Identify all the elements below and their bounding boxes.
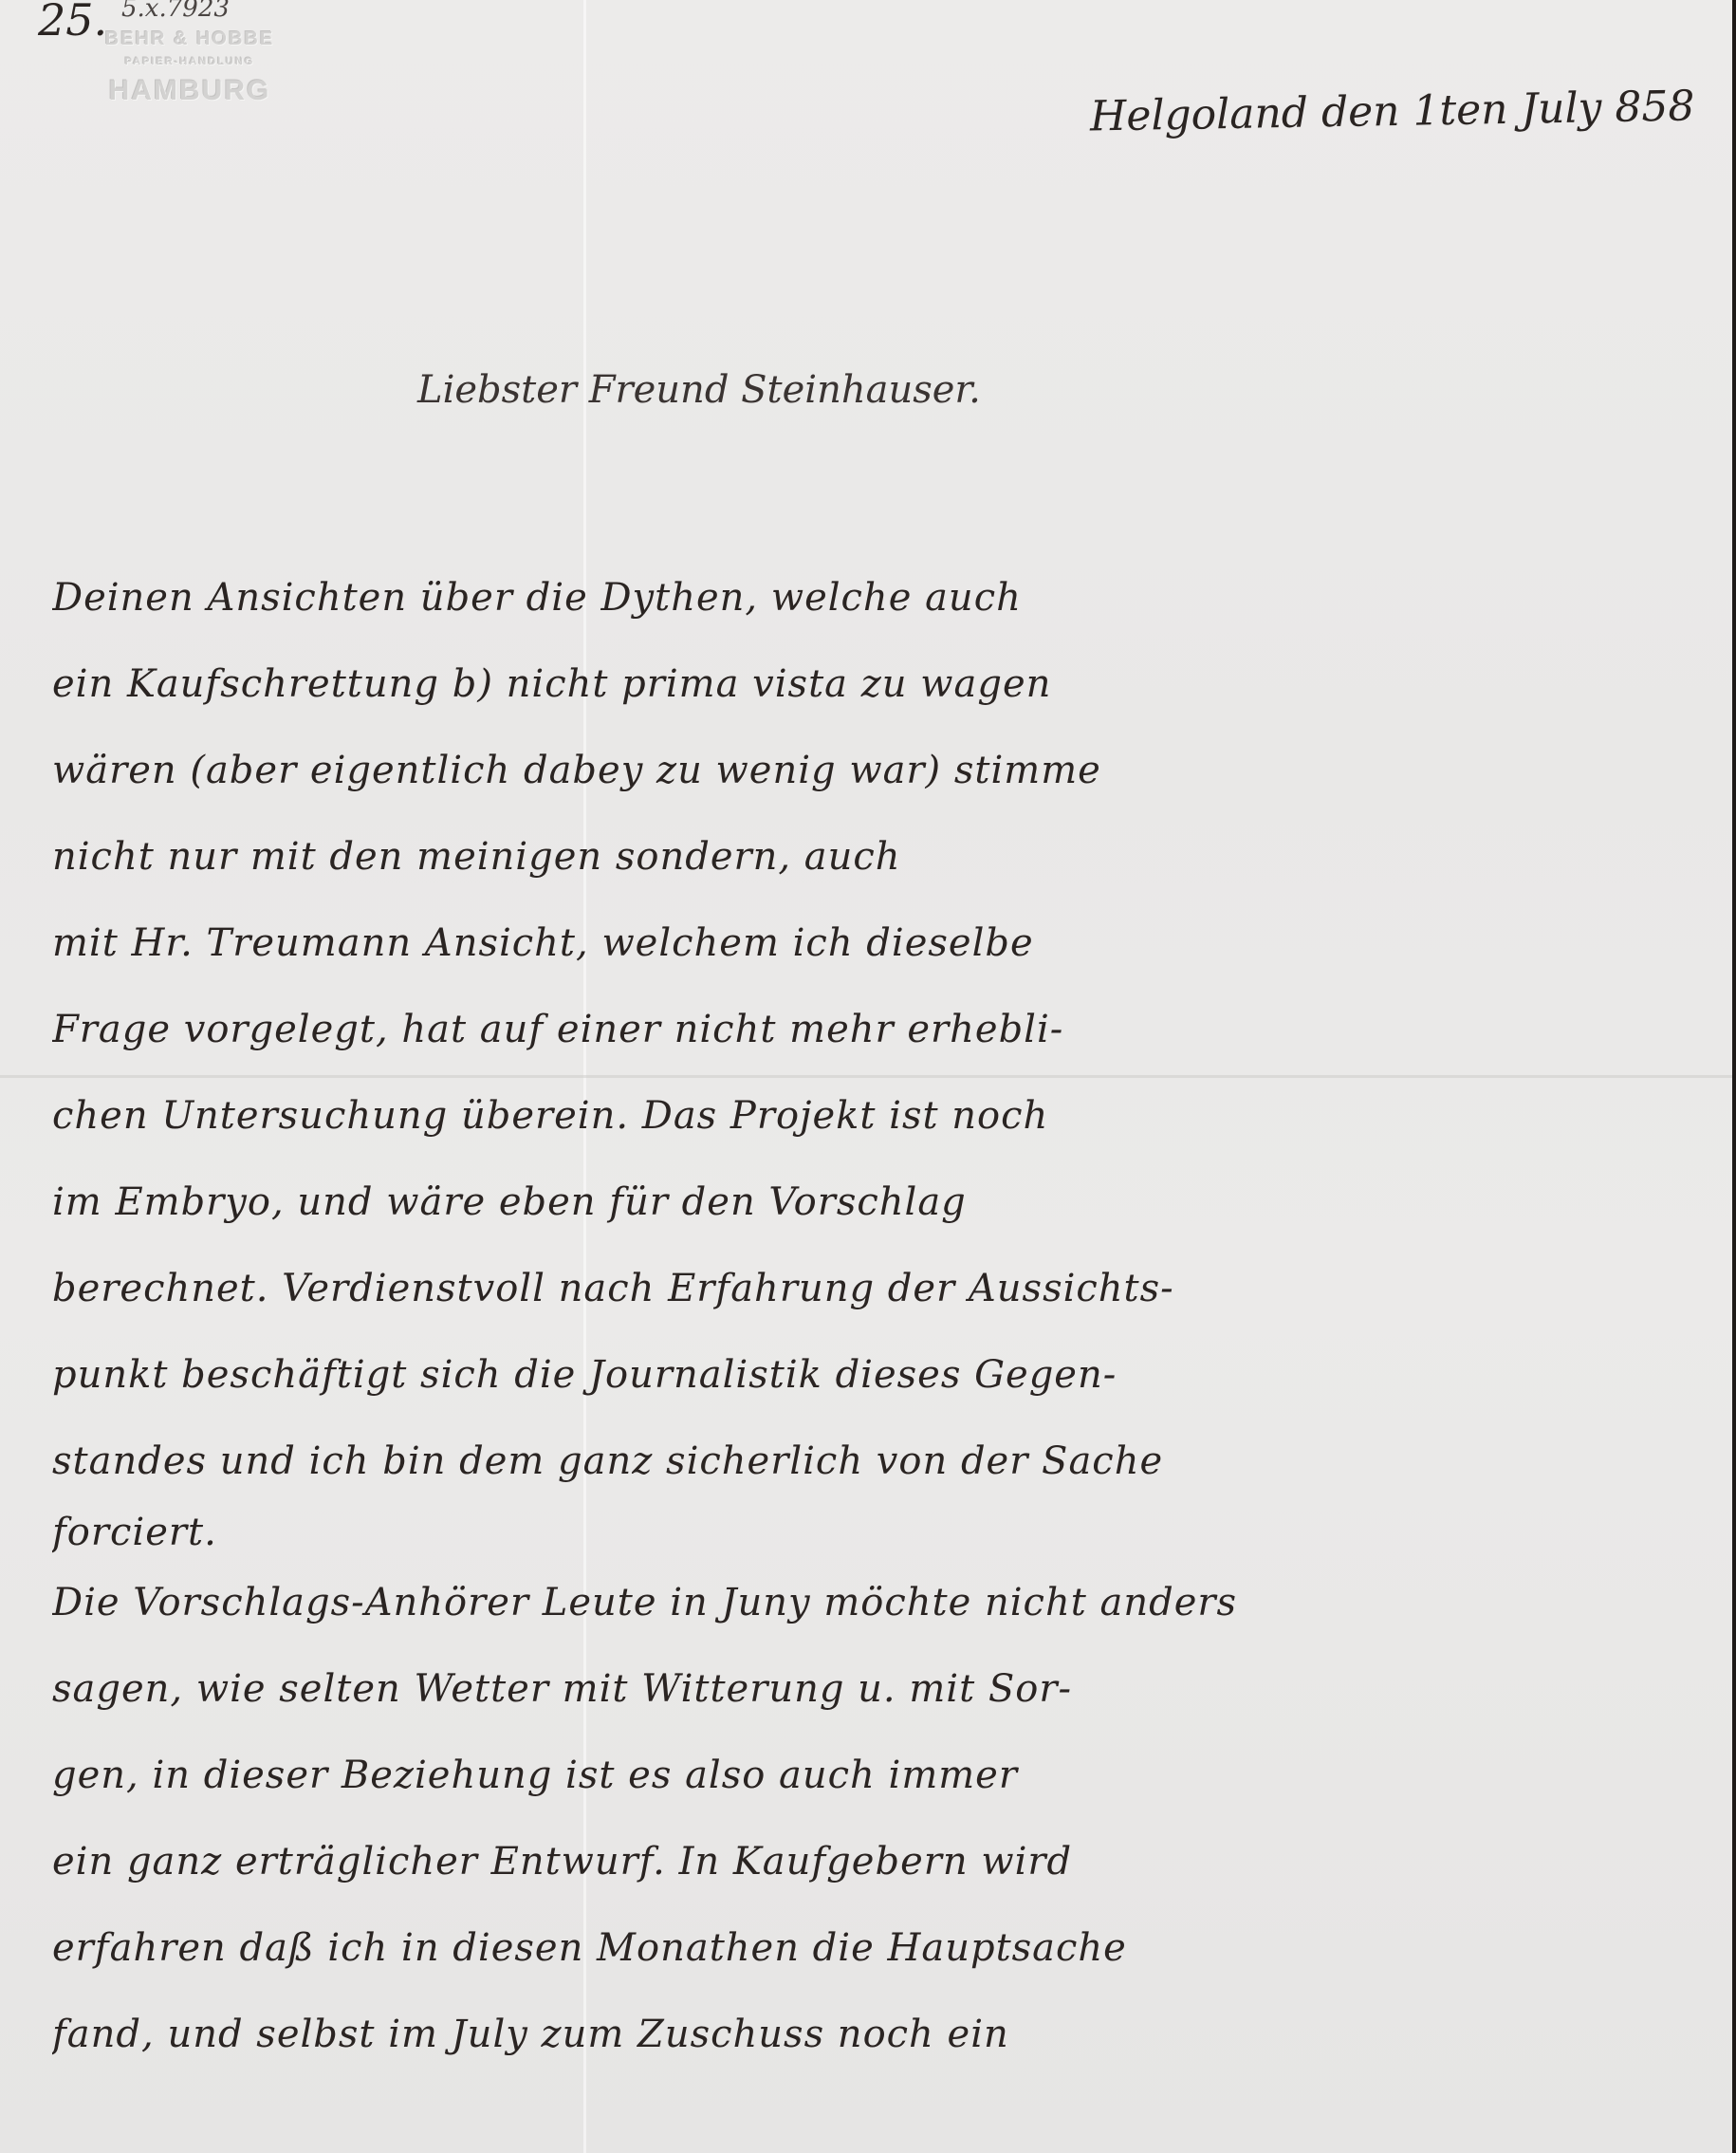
body-line: Die Vorschlags-Anhörer Leute in Juny möc…	[52, 1560, 1684, 1646]
letterhead-emboss: BEHR & HOBBE PAPIER-HANDLUNG HAMBURG	[85, 28, 294, 107]
body-line: berechnet. Verdienstvoll nach Erfahrung …	[52, 1246, 1684, 1332]
body-line: nicht nur mit den meinigen sondern, auch	[52, 814, 1684, 900]
body-line: punkt beschäftigt sich die Journalistik …	[52, 1332, 1684, 1419]
body-line: mit Hr. Treumann Ansicht, welchem ich di…	[52, 900, 1684, 987]
body-line: im Embryo, und wäre eben für den Vorschl…	[52, 1160, 1684, 1246]
body-line: Deinen Ansichten über die Dythen, welche…	[52, 555, 1684, 641]
body-line: chen Untersuchung überein. Das Projekt i…	[52, 1073, 1684, 1160]
body-line: sagen, wie selten Wetter mit Witterung u…	[52, 1646, 1684, 1733]
body-line: erfahren daß ich in diesen Monathen die …	[52, 1905, 1684, 1992]
body-line: ein Kaufschrettung b) nicht prima vista …	[52, 641, 1684, 728]
salutation: Liebster Freund Steinhauser.	[417, 368, 981, 412]
emboss-line-1: BEHR & HOBBE	[85, 28, 294, 50]
letter-page: 25. 5.x.7923 BEHR & HOBBE PAPIER-HANDLUN…	[0, 0, 1732, 2153]
body-line: gen, in dieser Beziehung ist es also auc…	[52, 1733, 1684, 1819]
dateline: Helgoland den 1ten July 858	[1089, 82, 1694, 140]
scan-edge	[1732, 0, 1736, 2153]
body-line: Frage vorgelegt, hat auf einer nicht meh…	[52, 987, 1684, 1073]
emboss-line-2: PAPIER-HANDLUNG	[85, 56, 294, 67]
emboss-line-3: HAMBURG	[85, 75, 294, 107]
letter-body: Deinen Ansichten über die Dythen, welche…	[52, 555, 1684, 2078]
body-line: forciert.	[52, 1505, 1684, 1560]
body-line: fand, und selbst im July zum Zuschuss no…	[52, 1992, 1684, 2078]
archive-subnumber: 5.x.7923	[121, 0, 230, 23]
body-line: ein ganz erträglicher Entwurf. In Kaufge…	[52, 1819, 1684, 1905]
body-line: standes und ich bin dem ganz sicherlich …	[52, 1419, 1684, 1505]
body-line: wären (aber eigentlich dabey zu wenig wa…	[52, 728, 1684, 814]
